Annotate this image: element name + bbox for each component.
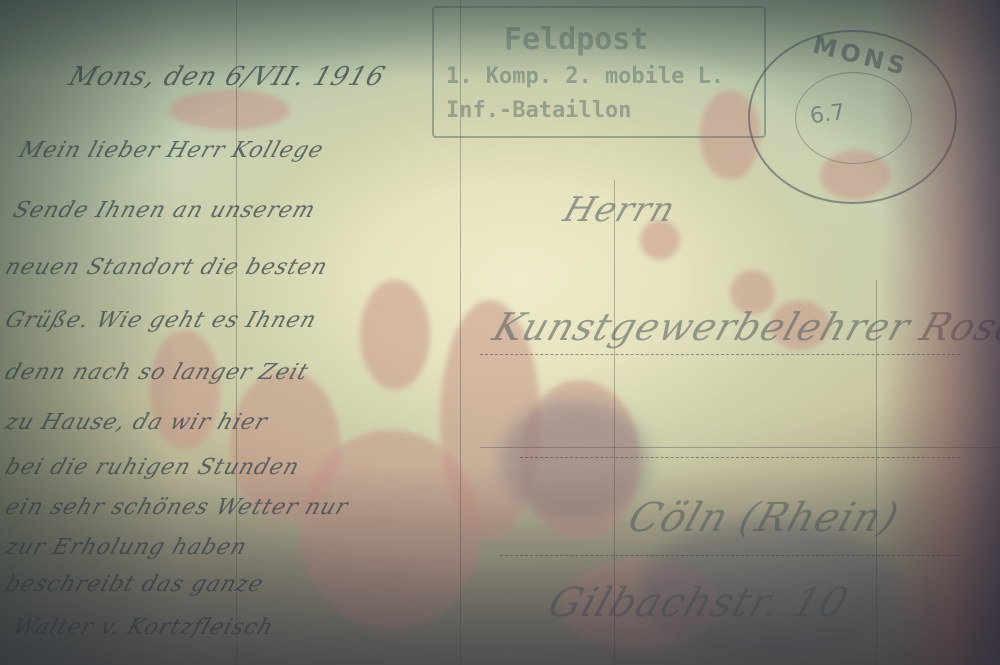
address-line <box>500 555 960 556</box>
feldpost-stamp-box: Feldpost 1. Komp. 2. mobile L. Inf.-Bata… <box>432 6 766 138</box>
letter-line: denn nach so langer Zeit <box>2 360 312 385</box>
stamp-line: Feldpost <box>504 22 649 57</box>
address-line <box>520 457 960 458</box>
postmark-stamp: MONS 6.7 <box>748 30 957 204</box>
vintage-postcard-photo: Feldpost 1. Komp. 2. mobile L. Inf.-Bata… <box>0 0 1000 665</box>
postmark-date: 6.7 <box>808 100 846 130</box>
letter-line: Mons, den 6/VII. 1916 <box>65 62 389 92</box>
paper-stain <box>360 280 430 390</box>
letter-line: zur Erholung haben <box>2 535 250 560</box>
address-name: Kunstgewerbelehrer Rose <box>488 305 1000 349</box>
paper-stain <box>170 90 290 130</box>
letter-line: Sende Ihnen an unserem <box>10 198 319 223</box>
letter-line: zu Hause, da wir hier <box>2 410 271 435</box>
letter-line: Grüße. Wie geht es Ihnen <box>2 308 320 333</box>
address-salutation: Herrn <box>559 190 681 230</box>
address-line <box>480 354 960 355</box>
stamp-line: 1. Komp. 2. mobile L. <box>446 64 724 89</box>
letter-line: bei die ruhigen Stunden <box>2 455 303 480</box>
letter-line: ein sehr schönes Wetter nur <box>2 495 352 520</box>
address-city: Cöln (Rhein) <box>623 495 905 541</box>
letter-line: Mein lieber Herr Kollege <box>16 138 327 163</box>
stamp-line: Inf.-Bataillon <box>446 98 631 123</box>
letter-line: neuen Standort die besten <box>2 255 331 280</box>
paper-shadow <box>500 400 650 520</box>
letter-line: beschreibt das ganze <box>2 572 267 597</box>
address-street: Gilbachstr. 10 <box>543 580 855 626</box>
crease-line <box>480 447 1000 448</box>
letter-line: Walter v. Kortzfleisch <box>10 615 277 640</box>
